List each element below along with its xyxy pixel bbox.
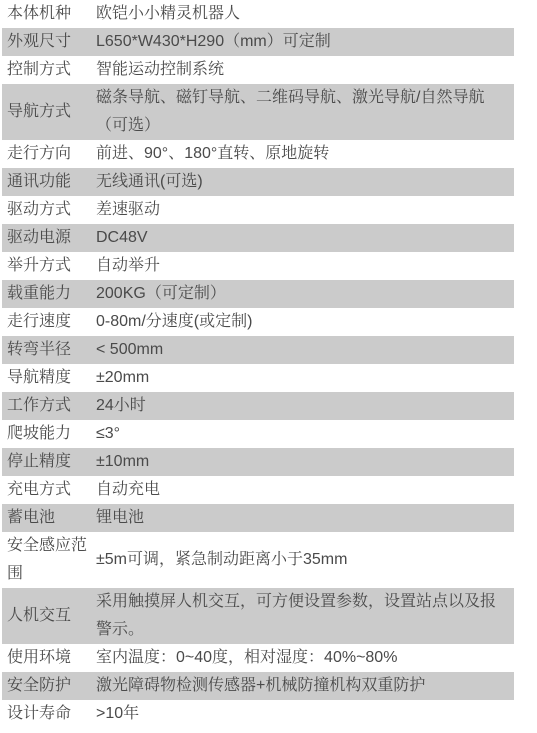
spec-value: 磁条导航、磁钉导航、二维码导航、激光导航/自然导航（可选） xyxy=(96,84,514,140)
spec-label: 驱动电源 xyxy=(7,224,96,252)
spec-label: 设计寿命 xyxy=(7,700,96,728)
spec-value: L650*W430*H290（mm）可定制 xyxy=(96,28,514,56)
spec-label: 外观尺寸 xyxy=(7,28,96,56)
spec-row: 通讯功能 无线通讯(可选) xyxy=(2,168,514,196)
spec-row: 人机交互 采用触摸屏人机交互，可方便设置参数，设置站点以及报警示。 xyxy=(2,588,514,644)
spec-value: >10年 xyxy=(96,700,514,728)
spec-row: 安全防护 激光障碍物检测传感器+机械防撞机构双重防护 xyxy=(2,672,514,700)
spec-label: 爬坡能力 xyxy=(7,420,96,448)
spec-label: 充电方式 xyxy=(7,476,96,504)
spec-value: 室内温度：0~40度，相对湿度：40%~80% xyxy=(96,644,514,672)
spec-label: 停止精度 xyxy=(7,448,96,476)
spec-label: 导航方式 xyxy=(7,98,96,126)
spec-row: 走行速度 0-80m/分速度(或定制) xyxy=(2,308,514,336)
spec-row: 停止精度 ±10mm xyxy=(2,448,514,476)
spec-label: 载重能力 xyxy=(7,280,96,308)
spec-row: 本体机种 欧铠小小精灵机器人 xyxy=(2,0,514,28)
spec-row: 使用环境 室内温度：0~40度，相对湿度：40%~80% xyxy=(2,644,514,672)
spec-label: 举升方式 xyxy=(7,252,96,280)
spec-row: 举升方式 自动举升 xyxy=(2,252,514,280)
spec-row: 载重能力 200KG（可定制） xyxy=(2,280,514,308)
spec-value: 无线通讯(可选) xyxy=(96,168,514,196)
spec-row: 设计寿命 >10年 xyxy=(2,700,514,728)
spec-row: 外观尺寸 L650*W430*H290（mm）可定制 xyxy=(2,28,514,56)
spec-label: 安全感应范围 xyxy=(7,532,96,588)
spec-label: 使用环境 xyxy=(7,644,96,672)
spec-row: 转弯半径 < 500mm xyxy=(2,336,514,364)
spec-row: 驱动电源 DC48V xyxy=(2,224,514,252)
spec-value: 24小时 xyxy=(96,392,514,420)
spec-value: < 500mm xyxy=(96,336,514,364)
spec-row: 导航精度 ±20mm xyxy=(2,364,514,392)
spec-value: DC48V xyxy=(96,224,514,252)
spec-value: 智能运动控制系统 xyxy=(96,56,514,84)
spec-label: 蓄电池 xyxy=(7,504,96,532)
spec-value: 差速驱动 xyxy=(96,196,514,224)
spec-label: 走行速度 xyxy=(7,308,96,336)
spec-value: 采用触摸屏人机交互，可方便设置参数，设置站点以及报警示。 xyxy=(96,588,514,644)
spec-value: 200KG（可定制） xyxy=(96,280,514,308)
spec-label: 人机交互 xyxy=(7,602,96,630)
spec-value: ±5m可调，紧急制动距离小于35mm xyxy=(96,546,514,574)
spec-row: 爬坡能力 ≤3° xyxy=(2,420,514,448)
spec-label: 走行方向 xyxy=(7,140,96,168)
spec-value: 欧铠小小精灵机器人 xyxy=(96,0,514,28)
spec-value: ±20mm xyxy=(96,364,514,392)
spec-value: 锂电池 xyxy=(96,504,514,532)
spec-row: 驱动方式 差速驱动 xyxy=(2,196,514,224)
spec-row: 工作方式 24小时 xyxy=(2,392,514,420)
spec-value: ±10mm xyxy=(96,448,514,476)
spec-label: 通讯功能 xyxy=(7,168,96,196)
spec-value: 激光障碍物检测传感器+机械防撞机构双重防护 xyxy=(96,672,514,700)
spec-row: 控制方式 智能运动控制系统 xyxy=(2,56,514,84)
spec-row: 蓄电池 锂电池 xyxy=(2,504,514,532)
spec-value: 自动举升 xyxy=(96,252,514,280)
spec-value: 0-80m/分速度(或定制) xyxy=(96,308,514,336)
spec-row: 充电方式 自动充电 xyxy=(2,476,514,504)
spec-value: ≤3° xyxy=(96,420,514,448)
spec-value: 自动充电 xyxy=(96,476,514,504)
spec-label: 安全防护 xyxy=(7,672,96,700)
spec-label: 转弯半径 xyxy=(7,336,96,364)
spec-row: 导航方式 磁条导航、磁钉导航、二维码导航、激光导航/自然导航（可选） xyxy=(2,84,514,140)
spec-table: 本体机种 欧铠小小精灵机器人 外观尺寸 L650*W430*H290（mm）可定… xyxy=(2,0,514,728)
spec-value: 前进、90°、180°直转、原地旋转 xyxy=(96,140,514,168)
spec-row: 走行方向 前进、90°、180°直转、原地旋转 xyxy=(2,140,514,168)
spec-row: 安全感应范围 ±5m可调，紧急制动距离小于35mm xyxy=(2,532,514,588)
spec-label: 导航精度 xyxy=(7,364,96,392)
spec-label: 本体机种 xyxy=(7,0,96,28)
spec-label: 工作方式 xyxy=(7,392,96,420)
spec-label: 控制方式 xyxy=(7,56,96,84)
spec-label: 驱动方式 xyxy=(7,196,96,224)
